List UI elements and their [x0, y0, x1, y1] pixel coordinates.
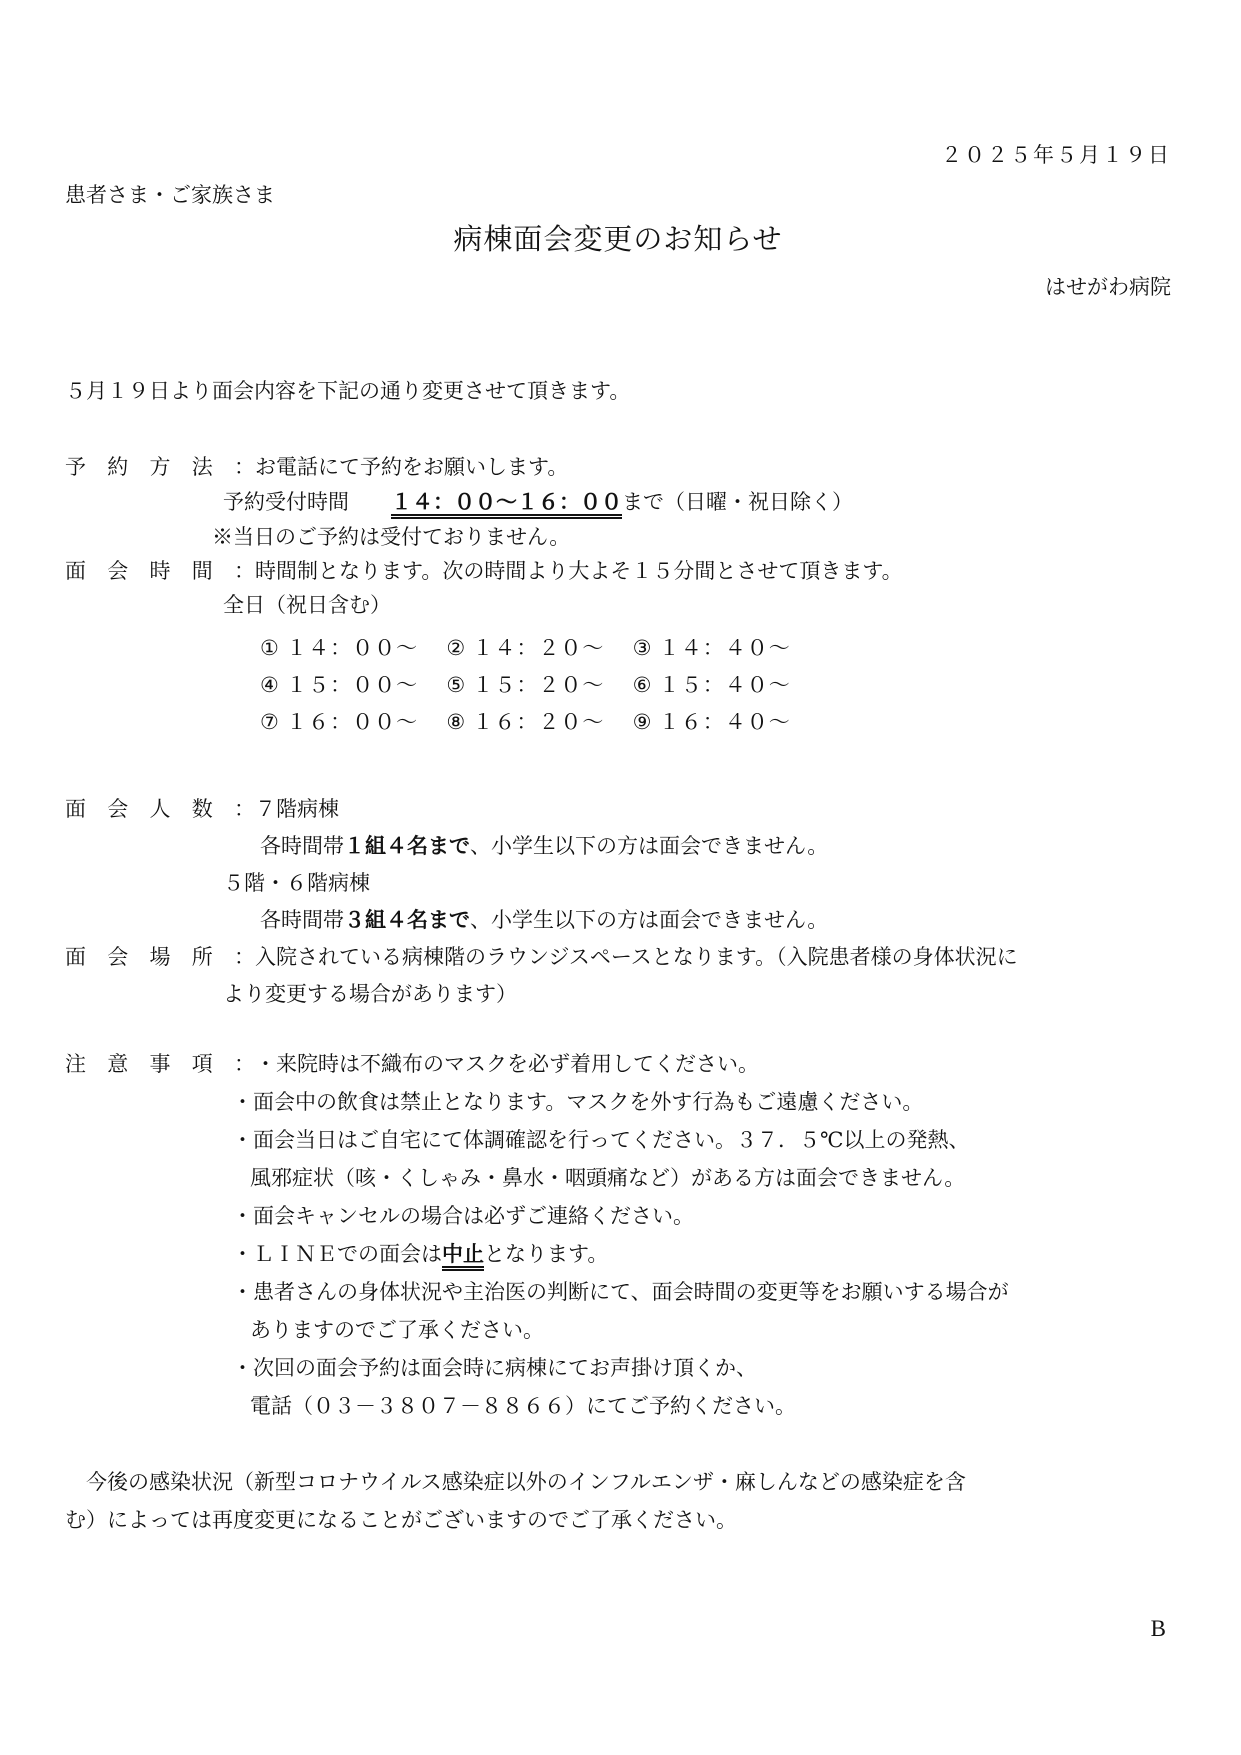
reception-prefix: 予約受付時間: [223, 490, 391, 514]
precaution-item-2: ・ 面会中の飲食は禁止となります。マスクを外す行為もご遠慮ください。: [65, 1083, 1171, 1121]
section-reservation-and-hours: 予約方法： お電話にて予約をお願いします。 予約受付時間 １４：００～１６：００…: [65, 450, 1171, 741]
location-line1: 入院されている病棟階のラウンジスペースとなります。（入院患者様の身体状況に: [255, 939, 1018, 976]
document-title: 病棟面会変更のお知らせ: [65, 220, 1171, 260]
bullet-icon: ・: [232, 1083, 253, 1121]
precaution-6-line1: 患者さんの身体状況や主治医の判断にて、面会時間の変更等をお願いする場合が: [253, 1273, 1009, 1311]
precaution-item-3: ・ 面会当日はご自宅にて体調確認を行ってください。３７．５℃以上の発熱、: [65, 1121, 1171, 1159]
ward7-rule: 各時間帯１組４名まで、小学生以下の方は面会できません。: [65, 828, 1171, 865]
precaution-7-line1: 次回の面会予約は面会時に病棟にてお声掛け頂くか、: [253, 1349, 757, 1387]
section-precautions: 注意事項： ・ 来院時は不織布のマスクを必ず着用してください。 ・ 面会中の飲食…: [65, 1045, 1171, 1425]
bullet-icon: ・: [232, 1197, 253, 1235]
closing-paragraph: 今後の感染状況（新型コロナウイルス感染症以外のインフルエンザ・麻しんなどの感染症…: [65, 1463, 1171, 1539]
precaution-3-line2: 風邪症状（咳・くしゃみ・鼻水・咽頭痛など）がある方は面会できません。: [65, 1159, 1171, 1197]
precaution-2-text: 面会中の飲食は禁止となります。マスクを外す行為もご遠慮ください。: [253, 1083, 923, 1121]
document-content: ２０２５年５月１９日 患者さま・ご家族さま 病棟面会変更のお知らせ はせがわ病院…: [0, 0, 1241, 1539]
intro-text: ５月１９日より面会内容を下記の通り変更させて頂きます。: [65, 374, 1171, 408]
visiting-hours-label: 面会時間：: [65, 554, 255, 588]
precaution-4-text: 面会キャンセルの場合は必ずご連絡ください。: [253, 1197, 694, 1235]
visiting-days: 全日（祝日含む）: [65, 588, 1171, 622]
ward56-rule-suffix: 、小学生以下の方は面会できません。: [470, 908, 828, 932]
reservation-label: 予約方法：: [65, 450, 255, 484]
precautions-label: 注意事項：: [65, 1045, 255, 1083]
precaution-3-line1: 面会当日はご自宅にて体調確認を行ってください。３７．５℃以上の発熱、: [253, 1121, 970, 1159]
precaution-item-6: ・ 患者さんの身体状況や主治医の判断にて、面会時間の変更等をお願いする場合が: [65, 1273, 1171, 1311]
bullet-icon: ・: [232, 1121, 253, 1159]
precaution-5-emphasis: 中止: [442, 1242, 484, 1271]
document-date: ２０２５年５月１９日: [65, 0, 1171, 168]
section-visitor-count: 面会人数： ７階病棟 各時間帯１組４名まで、小学生以下の方は面会できません。 ５…: [65, 791, 1171, 939]
closing-line2: む）によっては再度変更になることがございますのでご了承ください。: [65, 1501, 1171, 1539]
reservation-method-row: 予約方法： お電話にて予約をお願いします。: [65, 450, 1171, 484]
ward56-limit: ３組４名まで: [344, 908, 470, 932]
ward56-name: ５階・６階病棟: [65, 865, 1171, 902]
visitor-count-label: 面会人数：: [65, 791, 255, 828]
precaution-item-7: ・ 次回の面会予約は面会時に病棟にてお声掛け頂くか、: [65, 1349, 1171, 1387]
ward7-name: ７階病棟: [255, 791, 339, 828]
location-line2: より変更する場合があります）: [65, 976, 1171, 1013]
time-slot-row-1: ① １４：００～ ② １４：２０～ ③ １４：４０～: [65, 630, 1171, 667]
reception-time: １４：００～１６：００: [391, 490, 622, 519]
precaution-item-4: ・ 面会キャンセルの場合は必ずご連絡ください。: [65, 1197, 1171, 1235]
reception-suffix: まで（日曜・祝日除く）: [622, 490, 853, 514]
ward7-rule-prefix: 各時間帯: [260, 834, 344, 858]
precaution-5-prefix: ＬＩＮＥでの面会は: [253, 1242, 442, 1266]
time-slot-row-2: ④ １５：００～ ⑤ １５：２０～ ⑥ １５：４０～: [65, 667, 1171, 704]
time-slot-row-3: ⑦ １６：００～ ⑧ １６：２０～ ⑨ １６：４０～: [65, 704, 1171, 741]
precaution-5-text: ＬＩＮＥでの面会は中止となります。: [253, 1235, 608, 1273]
ward7-rule-suffix: 、小学生以下の方は面会できません。: [470, 834, 828, 858]
section-location: 面会場所： 入院されている病棟階のラウンジスペースとなります。（入院患者様の身体…: [65, 939, 1171, 1013]
ward7-limit: １組４名まで: [344, 834, 470, 858]
hospital-name: はせがわ病院: [65, 272, 1171, 302]
location-row: 面会場所： 入院されている病棟階のラウンジスペースとなります。（入院患者様の身体…: [65, 939, 1171, 976]
reservation-method: お電話にて予約をお願いします。: [255, 450, 568, 484]
time-slot-list: ① １４：００～ ② １４：２０～ ③ １４：４０～ ④ １５：００～ ⑤ １５…: [65, 630, 1171, 741]
precaution-item-5: ・ ＬＩＮＥでの面会は中止となります。: [65, 1235, 1171, 1273]
bullet-icon: ・: [232, 1235, 253, 1273]
bullet-icon: ・: [255, 1045, 276, 1083]
visiting-hours-row: 面会時間： 時間制となります。次の時間より大よそ１５分間とさせて頂きます。: [65, 554, 1171, 588]
same-day-note: ※当日のご予約は受付ておりません。: [65, 520, 1171, 554]
reception-hours-row: 予約受付時間 １４：００～１６：００まで（日曜・祝日除く）: [65, 484, 1171, 520]
notice-document: ２０２５年５月１９日 患者さま・ご家族さま 病棟面会変更のお知らせ はせがわ病院…: [0, 0, 1241, 1755]
salutation: 患者さま・ご家族さま: [65, 180, 1171, 210]
bullet-icon: ・: [232, 1273, 253, 1311]
ward56-rule-prefix: 各時間帯: [260, 908, 344, 932]
precaution-1-text: 来院時は不織布のマスクを必ず着用してください。: [276, 1045, 759, 1083]
precaution-item-1: 注意事項： ・ 来院時は不織布のマスクを必ず着用してください。: [65, 1045, 1171, 1083]
location-label: 面会場所：: [65, 939, 255, 976]
visitor-count-row: 面会人数： ７階病棟: [65, 791, 1171, 828]
visiting-hours-desc: 時間制となります。次の時間より大よそ１５分間とさせて頂きます。: [255, 554, 903, 588]
bullet-icon: ・: [232, 1349, 253, 1387]
closing-line1: 今後の感染状況（新型コロナウイルス感染症以外のインフルエンザ・麻しんなどの感染症…: [65, 1463, 1171, 1501]
ward56-rule: 各時間帯３組４名まで、小学生以下の方は面会できません。: [65, 902, 1171, 939]
precaution-5-suffix: となります。: [484, 1242, 608, 1266]
precaution-7-line2: 電話（０３－３８０７－８８６６）にてご予約ください。: [65, 1387, 1171, 1425]
page-marker: B: [1151, 1616, 1166, 1642]
precaution-6-line2: ありますのでご了承ください。: [65, 1311, 1171, 1349]
